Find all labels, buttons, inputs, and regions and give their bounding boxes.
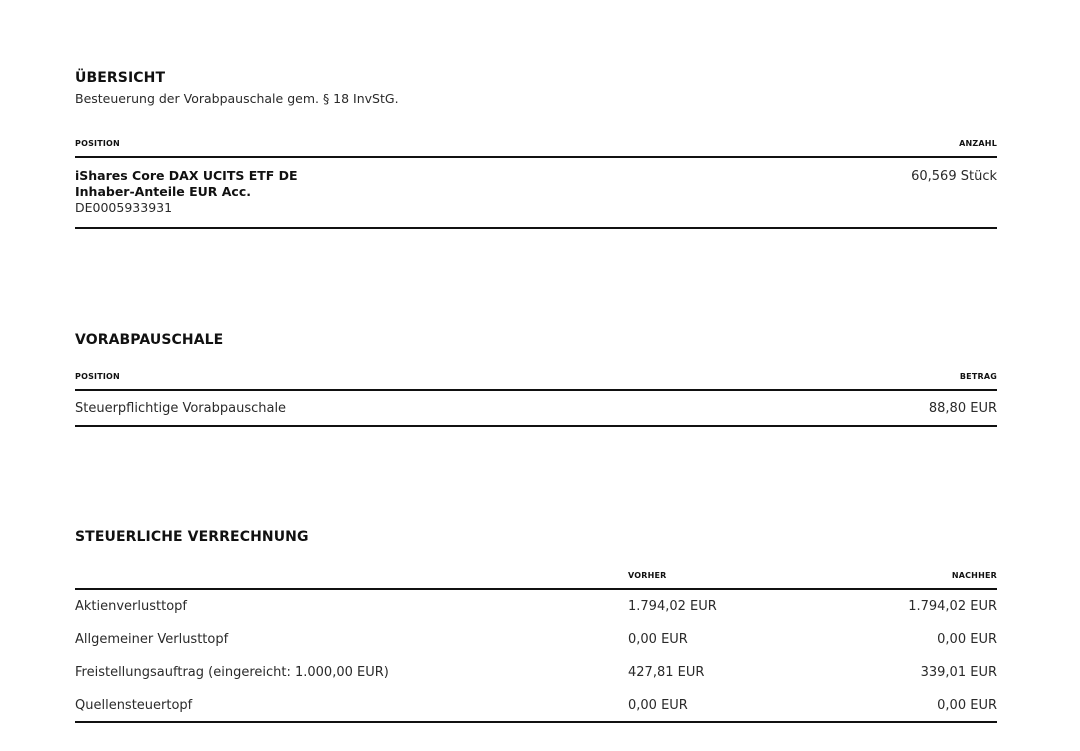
row-after: 0,00 EUR <box>937 697 997 714</box>
row-label: Quellensteuertopf <box>75 697 628 714</box>
section-title: VORABPAUSCHALE <box>75 331 997 349</box>
section-bottom-rule <box>75 425 997 427</box>
column-header-anzahl: ANZAHL <box>959 139 997 149</box>
column-header-betrag: BETRAG <box>960 372 997 382</box>
section-bottom-rule <box>75 227 997 229</box>
position-quantity: 60,569 Stück <box>911 168 997 185</box>
section-bottom-rule <box>75 721 997 723</box>
section-vorabpauschale: VORABPAUSCHALE POSITION BETRAG Steuerpfl… <box>75 331 997 349</box>
table-row: Aktienverlusttopf 1.794,02 EUR 1.794,02 … <box>75 598 997 615</box>
row-after: 339,01 EUR <box>921 664 997 681</box>
row-after: 0,00 EUR <box>937 631 997 648</box>
column-header-nachher: NACHHER <box>952 571 997 581</box>
section-subtitle: Besteuerung der Vorabpauschale gem. § 18… <box>75 91 997 107</box>
header-rule <box>75 389 997 391</box>
row-label: Allgemeiner Verlusttopf <box>75 631 628 648</box>
section-title: STEUERLICHE VERRECHNUNG <box>75 528 997 546</box>
position-name-line2: Inhaber-Anteile EUR Acc. <box>75 184 298 200</box>
row-label: Steuerpflichtige Vorabpauschale <box>75 400 286 417</box>
row-before: 427,81 EUR <box>628 664 921 681</box>
header-rule <box>75 588 997 590</box>
row-before: 1.794,02 EUR <box>628 598 908 615</box>
section-verrechnung: STEUERLICHE VERRECHNUNG VORHER NACHHER A… <box>75 528 997 546</box>
table-row: Steuerpflichtige Vorabpauschale 88,80 EU… <box>75 400 997 417</box>
position-name: iShares Core DAX UCITS ETF DE Inhaber-An… <box>75 168 298 216</box>
row-amount: 88,80 EUR <box>929 400 997 417</box>
position-isin: DE0005933931 <box>75 200 298 216</box>
table-row: Freistellungsauftrag (eingereicht: 1.000… <box>75 664 997 681</box>
row-before: 0,00 EUR <box>628 697 937 714</box>
section-uebersicht: ÜBERSICHT Besteuerung der Vorabpauschale… <box>75 69 997 107</box>
column-header-position: POSITION <box>75 372 120 382</box>
section-title: ÜBERSICHT <box>75 69 997 87</box>
row-label: Aktienverlusttopf <box>75 598 628 615</box>
row-label: Freistellungsauftrag (eingereicht: 1.000… <box>75 664 628 681</box>
table-row: Quellensteuertopf 0,00 EUR 0,00 EUR <box>75 697 997 714</box>
table-row: Allgemeiner Verlusttopf 0,00 EUR 0,00 EU… <box>75 631 997 648</box>
column-header-position: POSITION <box>75 139 120 149</box>
header-rule <box>75 156 997 158</box>
row-before: 0,00 EUR <box>628 631 937 648</box>
position-name-line1: iShares Core DAX UCITS ETF DE <box>75 168 298 184</box>
row-after: 1.794,02 EUR <box>908 598 997 615</box>
column-header-vorher: VORHER <box>628 571 667 581</box>
